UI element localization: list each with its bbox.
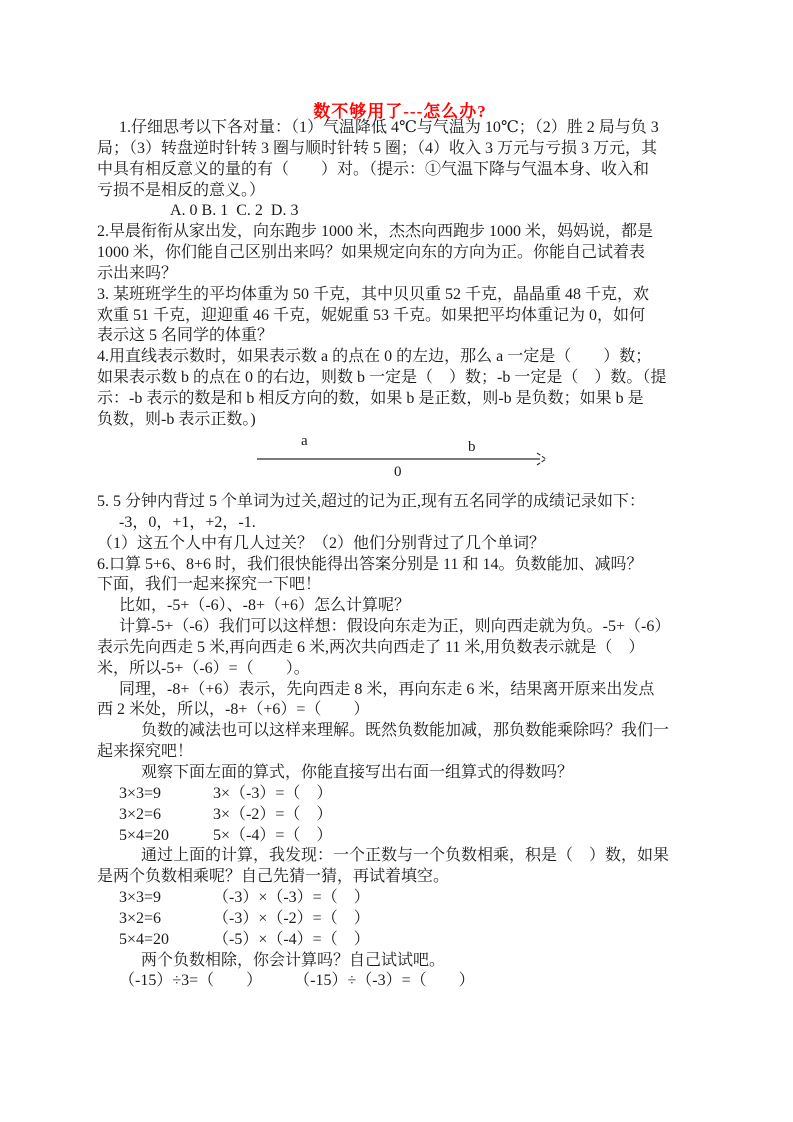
text-line: 观察下面左面的算式，你能直接写出右面一组算式的得数吗？ xyxy=(0,763,793,784)
text-line: 3×3=93×（-3）=（ ） xyxy=(0,784,793,805)
equation-right: （-5）×（-4）=（ ） xyxy=(213,931,370,948)
text-line: 3. 某班班学生的平均体重为 50 千克，其中贝贝重 52 千克，晶晶重 48 … xyxy=(0,285,793,306)
text-line: 5×4=20（-5）×（-4）=（ ） xyxy=(0,930,793,951)
text-line: 如果表示数 b 的点在 0 的右边，则数 b 一定是（ ）数；-b 一定是（ ）… xyxy=(0,368,793,389)
text-line: 同理，-8+（+6）表示，先向西走 8 米，再向东走 6 米，结果离开原来出发点 xyxy=(0,680,793,701)
text-line: 亏损不是相反的意义。） xyxy=(0,181,793,202)
number-line-label-b: b xyxy=(468,439,476,455)
text-line: 西 2 米处，所以，-8+（+6）=（ ） xyxy=(0,700,793,721)
text-line: 两个负数相除，你会计算吗？自己试试吧。 xyxy=(0,951,793,972)
text-line: 负数，则-b 表示正数。) xyxy=(0,410,793,431)
text-line: 示出来吗？ xyxy=(0,264,793,285)
text-line: 局；（3）转盘逆时针转 3 圈与顺时针转 5 圈；（4）收入 3 万元与亏损 3… xyxy=(0,139,793,160)
number-line-diagram: a b 0 xyxy=(250,431,560,492)
text-line: 3×3=9（-3）×（-3）=（ ） xyxy=(0,888,793,909)
text-line: 6.口算 5+6、8+6 时，我们很快能得出答案分别是 11 和 14。负数能加… xyxy=(0,555,793,576)
text-line: 中具有相反意义的量的有（ ）对。（提示：①气温下降与气温本身、收入和 xyxy=(0,160,793,181)
equation-left: 5×4=20 xyxy=(119,930,213,951)
equation-left: 3×3=9 xyxy=(119,784,213,805)
text-line: 下面，我们一起来探究一下吧！ xyxy=(0,575,793,596)
text-line: （1）这五个人中有几人过关？（2）他们分别背过了几个单词？ xyxy=(0,534,793,555)
text-line: 比如，-5+（-6）、-8+（+6）怎么计算呢？ xyxy=(0,596,793,617)
text-line: 计算-5+（-6）我们可以这样想：假设向东走为正，则向西走就为负。-5+（-6） xyxy=(0,617,793,638)
text-block-upper: 1.仔细思考以下各对量：（1）气温降低 4℃与气温为 10℃；（2）胜 2 局与… xyxy=(0,118,793,431)
text-line: 负数的减法也可以这样来理解。既然负数能加减，那负数能乘除吗？我们一 xyxy=(0,721,793,742)
equation-right: （-3）×（-3）=（ ） xyxy=(213,889,370,906)
text-line: -3，0，+1，+2，-1. xyxy=(0,513,793,534)
text-line: 1000 米，你们能自己区别出来吗？如果规定向东的方向为正。你能自己试着表 xyxy=(0,243,793,264)
equation-left: 3×2=6 xyxy=(119,805,213,826)
number-line-label-origin: 0 xyxy=(394,464,402,480)
text-line: 3×2=63×（-2）=（ ） xyxy=(0,805,793,826)
equation-right: （-3）×（-2）=（ ） xyxy=(213,910,370,927)
equation-right: 3×（-3）=（ ） xyxy=(213,785,332,802)
text-line: 示：-b 表示的数是和 b 相反方向的数，如果 b 是正数，则-b 是负数；如果… xyxy=(0,389,793,410)
text-line: 1.仔细思考以下各对量：（1）气温降低 4℃与气温为 10℃；（2）胜 2 局与… xyxy=(0,118,793,139)
text-line: A. 0 B. 1 C. 2 D. 3 xyxy=(0,201,793,222)
text-block-lower: 5. 5 分钟内背过 5 个单词为过关,超过的记为正,现有五名同学的成绩记录如下… xyxy=(0,492,793,992)
equation-left: 3×2=6 xyxy=(119,909,213,930)
text-line: 4.用直线表示数时，如果表示数 a 的点在 0 的左边，那么 a 一定是（ ）数… xyxy=(0,347,793,368)
text-line: 是两个负数相乘呢？自己先猜一猜，再试着填空。 xyxy=(0,867,793,888)
text-line: 表示这 5 名同学的体重？ xyxy=(0,326,793,347)
text-line: 5. 5 分钟内背过 5 个单词为过关,超过的记为正,现有五名同学的成绩记录如下… xyxy=(0,492,793,513)
equation-right: 3×（-2）=（ ） xyxy=(213,806,332,823)
text-line: 通过上面的计算，我发现：一个正数与一个负数相乘，积是（ ）数，如果 xyxy=(0,846,793,867)
number-line-axis xyxy=(250,431,560,492)
text-line: 表示先向西走 5 米,再向西走 6 米,两次共向西走了 11 米,用负数表示就是… xyxy=(0,638,793,659)
text-line: 起来探究吧！ xyxy=(0,742,793,763)
number-line-label-a: a xyxy=(301,433,308,449)
equation-left: 5×4=20 xyxy=(119,826,213,847)
text-line: 5×4=205×（-4）=（ ） xyxy=(0,826,793,847)
equation-left: 3×3=9 xyxy=(119,888,213,909)
equation-right: 5×（-4）=（ ） xyxy=(213,827,332,844)
text-line: 2.早晨衔衔从家出发，向东跑步 1000 米，杰杰向西跑步 1000 米，妈妈说… xyxy=(0,222,793,243)
text-line: （-15）÷3=（ ） （-15）÷（-3）=（ ） xyxy=(0,971,793,992)
worksheet-page: 数不够用了---怎么办? 1.仔细思考以下各对量：（1）气温降低 4℃与气温为 … xyxy=(0,0,793,1122)
text-line: 欢重 51 千克，迎迎重 46 千克，妮妮重 53 千克。如果把平均体重记为 0… xyxy=(0,306,793,327)
text-line: 3×2=6（-3）×（-2）=（ ） xyxy=(0,909,793,930)
text-line: 米，所以-5+（-6）=（ ）。 xyxy=(0,659,793,680)
